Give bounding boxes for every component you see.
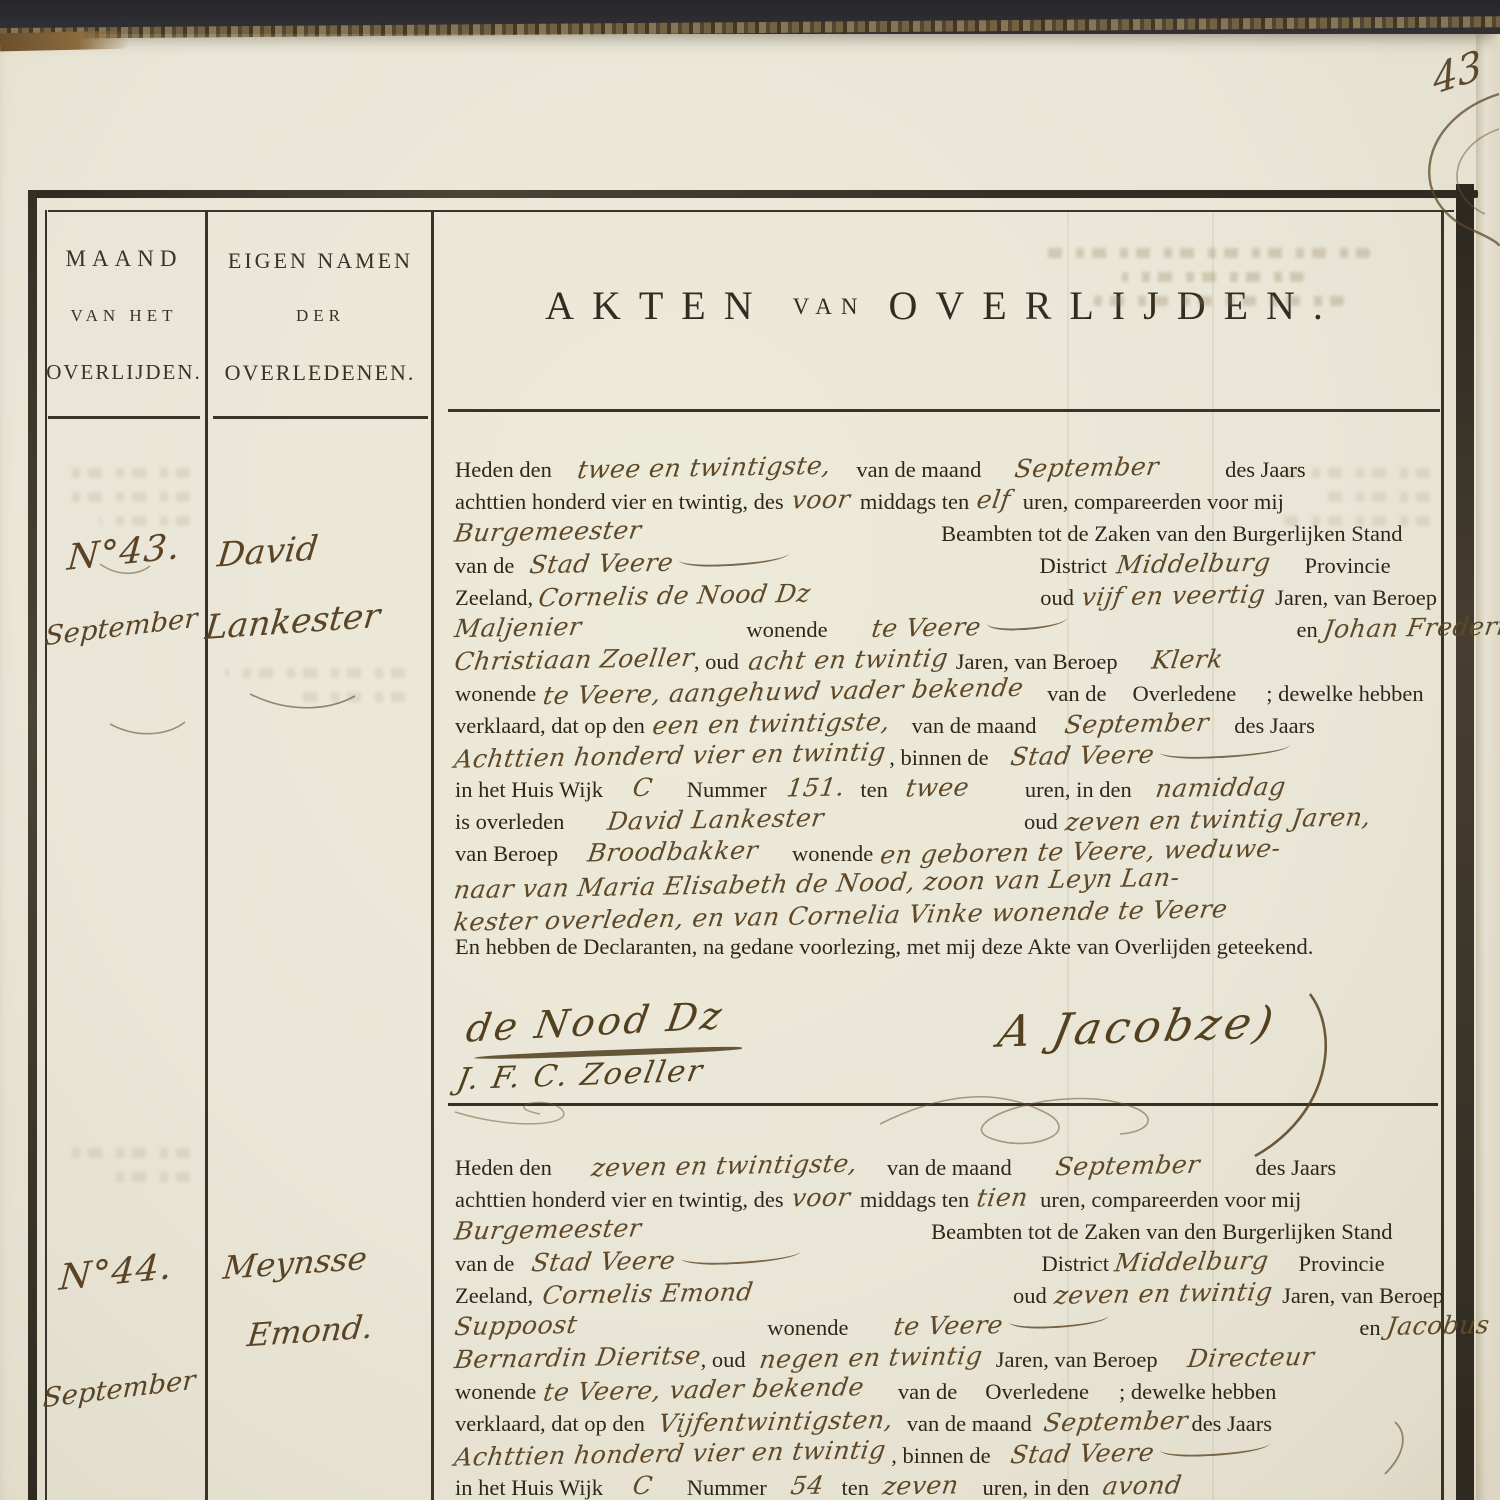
scanned-register-page: 43 MAAND VAN HET OVERLIJDEN. EIGEN NAMEN… <box>0 0 1500 1500</box>
printed-text: En hebben de Declaranten, na gedane voor… <box>455 934 1313 959</box>
column-divider-1 <box>205 210 208 1500</box>
printed-text: wonende <box>455 681 536 706</box>
signature-burgemeester: A Jacobze) <box>994 997 1281 1058</box>
entry-divider <box>448 1103 1438 1106</box>
printed-text: ten <box>842 1475 870 1500</box>
entry-line: kester overleden, en van Cornelia Vinke … <box>455 902 1455 934</box>
handwritten-text: September <box>1054 1150 1202 1182</box>
printed-text: van de <box>455 1251 514 1276</box>
entry-line: van deStad VeereDistrictMiddelburgProvin… <box>455 1248 1455 1280</box>
entry1-month: September <box>44 603 198 652</box>
printed-text: in het Huis Wijk <box>455 777 603 802</box>
entry-line: En hebben de Declaranten, na gedane voor… <box>455 934 1455 966</box>
printed-text: ten <box>860 777 888 802</box>
printed-text: ; dewelke hebben <box>1119 1379 1276 1404</box>
handwritten-text: Middelburg <box>1115 548 1273 580</box>
title-van: VAN <box>775 294 885 319</box>
printed-text: van de maand <box>887 1155 1012 1180</box>
printed-text: Heden den <box>455 457 552 482</box>
handwritten-text: Johan Frederik <box>1321 611 1500 643</box>
handwritten-text: zeven en twintig <box>1052 1277 1274 1310</box>
frame-right-border <box>1456 184 1474 1500</box>
pen-swash <box>1160 744 1290 761</box>
entry2-number: N°44. <box>58 1246 174 1298</box>
printed-text: verklaard, dat op den <box>455 1411 645 1436</box>
entry-line: Achttien honderd vier en twintig, binnen… <box>455 1440 1455 1472</box>
signature-zoeller: J. F. C. Zoeller <box>454 1054 707 1098</box>
printed-text: Overledene <box>1133 681 1237 706</box>
col2-header-line2: DER <box>213 306 428 326</box>
handwritten-text: Burgemeester <box>453 1213 644 1245</box>
handwritten-text: Burgemeester <box>453 515 644 547</box>
handwritten-text: Bernardin Dieritse <box>453 1341 703 1374</box>
printed-text: Jaren, van Beroep <box>956 649 1118 674</box>
handwritten-text: Jacobus <box>1384 1310 1491 1341</box>
printed-text: des Jaars <box>1234 713 1315 738</box>
printed-text: Beambten tot de Zaken van den Burgerlijk… <box>931 1219 1392 1244</box>
printed-text: District <box>1041 1251 1109 1276</box>
handwritten-text: een en twintigste, <box>651 707 892 740</box>
handwritten-text: Suppoost <box>453 1310 580 1341</box>
entry-line: Suppoostwonendete VeereenJacobus <box>455 1312 1455 1344</box>
frame-left-border <box>28 190 37 1500</box>
handwritten-text: acht en twintig <box>747 643 951 675</box>
handwritten-text: negen en twintig <box>757 1341 984 1374</box>
handwritten-text: C <box>631 773 655 802</box>
printed-text: en <box>1297 617 1318 642</box>
printed-text: oud <box>1024 809 1058 834</box>
printed-text: ; dewelke hebben <box>1266 681 1423 706</box>
entry-line: achttien honderd vier en twintig, desvoo… <box>455 486 1455 518</box>
handwritten-text: Maljenier <box>453 612 584 643</box>
printed-text: Zeeland, <box>455 585 533 610</box>
entry-line: Achttien honderd vier en twintig, binnen… <box>455 742 1455 774</box>
handwritten-text: zeven en twintigste, <box>589 1149 859 1183</box>
printed-text: uren, in den <box>1025 777 1132 802</box>
handwritten-text: vijf en veertig <box>1080 579 1268 611</box>
handwritten-text: zeven en twintig Jaren, <box>1063 802 1372 836</box>
frame-top-border <box>30 190 1478 198</box>
printed-text: des Jaars <box>1225 457 1306 482</box>
entry-line: Heden dentwee en twintigste,van de maand… <box>455 454 1455 486</box>
handwritten-text: Stad Veere <box>1008 740 1156 771</box>
handwritten-text: 54 <box>789 1471 826 1500</box>
handwritten-text: elf <box>975 485 1013 515</box>
handwritten-text: voor <box>790 484 852 514</box>
pen-swash <box>986 617 1066 632</box>
handwritten-text: Achttien honderd vier en twintig <box>452 1435 888 1472</box>
entry1-name-first: David <box>215 529 320 576</box>
printed-text: van de <box>898 1379 957 1404</box>
handwritten-text: Cornelis Emond <box>541 1277 756 1310</box>
printed-text: Provincie <box>1304 553 1390 578</box>
printed-text: , binnen de <box>889 745 988 770</box>
entry1-name-last: Lankester <box>203 596 382 648</box>
pen-swash <box>1160 1442 1270 1458</box>
printed-text: Jaren, van Beroep <box>996 1347 1158 1372</box>
printed-text: wonende <box>767 1315 848 1340</box>
entry-line: BurgemeesterBeambten tot de Zaken van de… <box>455 518 1455 550</box>
entry1-body: Heden dentwee en twintigste,van de maand… <box>455 454 1455 966</box>
entry-line: Zeeland,Cornelis de Nood Dzoudvijf en ve… <box>455 582 1455 614</box>
handwritten-text: David Lankester <box>606 803 826 836</box>
printed-text: District <box>1039 553 1107 578</box>
printed-text: van de maand <box>856 457 981 482</box>
entry-line: verklaard, dat op deneen en twintigste,v… <box>455 710 1455 742</box>
handwritten-text: twee en twintigste, <box>575 451 832 484</box>
handwritten-text: Klerk <box>1149 644 1224 674</box>
entry-line: verklaard, dat op denVijfentwintigsten,v… <box>455 1408 1455 1440</box>
handwritten-text: voor <box>790 1182 852 1212</box>
printed-text: Provincie <box>1298 1251 1384 1276</box>
col2-header-line3: OVERLEDENEN. <box>208 360 432 386</box>
printed-text: oud <box>1040 585 1074 610</box>
header-rule-main <box>448 409 1440 412</box>
printed-text: Nummer <box>687 777 767 802</box>
printed-text: wonende <box>746 617 827 642</box>
next-page-edge <box>1476 34 1500 1500</box>
handwritten-text: C <box>631 1471 655 1500</box>
printed-text: van de <box>1047 681 1106 706</box>
entry-line: is overledenDavid Lankesteroudzeven en t… <box>455 806 1455 838</box>
entry-line: van BeroepBroodbakkerwonendeen geboren t… <box>455 838 1455 870</box>
entry2-name-first: Meynsse <box>221 1239 369 1287</box>
printed-text: uren, in den <box>983 1475 1090 1500</box>
col1-header-line3: OVERLIJDEN. <box>40 360 208 385</box>
title-akten: AKTEN <box>545 283 771 328</box>
printed-text: des Jaars <box>1191 1411 1272 1436</box>
entry-line: Zeeland,Cornelis Emondoudzeven en twinti… <box>455 1280 1455 1312</box>
printed-text: uren, compareerden voor mij <box>1040 1187 1301 1212</box>
printed-text: des Jaars <box>1256 1155 1337 1180</box>
bleed-through-text <box>225 654 405 716</box>
col1-header-line2: VAN HET <box>48 306 200 326</box>
printed-text: Jaren, van Beroep <box>1275 585 1437 610</box>
entry2-body: Heden denzeven en twintigste,van de maan… <box>455 1152 1455 1500</box>
header-rule-col1 <box>48 416 200 419</box>
handwritten-text: tien <box>975 1183 1030 1213</box>
printed-text: en <box>1359 1315 1380 1340</box>
entry-line: achttien honderd vier en twintig, desvoo… <box>455 1184 1455 1216</box>
entry2-month: September <box>42 1365 196 1414</box>
entry-line: in het Huis WijkCNummer54tenzevenuren, i… <box>455 1472 1455 1500</box>
handwritten-text: Achttien honderd vier en twintig <box>452 737 888 774</box>
handwritten-text: twee <box>904 772 971 802</box>
frame-left-inner-line <box>45 210 47 1500</box>
entry-line: naar van Maria Elisabeth de Nood, zoon v… <box>455 870 1455 902</box>
handwritten-text: te Veere <box>892 1310 1005 1341</box>
handwritten-text: Stad Veere <box>1008 1438 1156 1469</box>
entry-line: Heden denzeven en twintigste,van de maan… <box>455 1152 1455 1184</box>
handwritten-text: Directeur <box>1185 1342 1316 1373</box>
pen-swash <box>1009 1314 1109 1329</box>
handwritten-text: Middelburg <box>1113 1246 1271 1278</box>
printed-text: Jaren, van Beroep <box>1282 1283 1444 1308</box>
printed-text: in het Huis Wijk <box>455 1475 603 1500</box>
handwritten-text: Vijfentwintigsten, <box>657 1405 896 1438</box>
frame-top-inner-line <box>48 210 1454 212</box>
printed-text: Beambten tot de Zaken van den Burgerlijk… <box>941 521 1402 546</box>
entry2-name-last: Emond. <box>245 1308 374 1355</box>
header-rule-col2 <box>213 416 428 419</box>
handwritten-text: te Veere, vader bekende <box>542 1372 867 1407</box>
pen-swash <box>681 1250 801 1266</box>
printed-text: van de <box>455 553 514 578</box>
handwritten-text: Cornelis de Nood Dz <box>537 579 813 613</box>
handwritten-text: Broodbakker <box>586 836 760 868</box>
printed-text: oud <box>1013 1283 1047 1308</box>
handwritten-text: te Veere, aangehuwd vader bekende <box>542 673 1026 710</box>
entry-line: wonendete Veere, vader bekendevan deOver… <box>455 1376 1455 1408</box>
entry-line: Bernardin Dieritse, oudnegen en twintigJ… <box>455 1344 1455 1376</box>
handwritten-text: zeven <box>881 1470 961 1500</box>
printed-text: verklaard, dat op den <box>455 713 645 738</box>
printed-text: Nummer <box>687 1475 767 1500</box>
printed-text: van Beroep <box>455 841 558 866</box>
printed-text: , oud <box>694 649 739 674</box>
handwritten-text: Stad Veere <box>530 1246 678 1277</box>
handwritten-text: Stad Veere <box>528 548 676 579</box>
printed-text: middags ten <box>860 1187 969 1212</box>
entry-line: Maljenierwonendete VeereenJohan Frederik <box>455 614 1455 646</box>
signature-denood: de Nood Dz <box>463 993 727 1050</box>
printed-text: is overleden <box>455 809 564 834</box>
bleed-through-text <box>1040 234 1370 320</box>
col1-header-line1: MAAND <box>48 246 200 272</box>
handwritten-text: September <box>1013 452 1161 484</box>
printed-text: achttien honderd vier en twintig, des <box>455 489 784 514</box>
pen-swash <box>679 552 789 568</box>
entry-line: wonendete Veere, aangehuwd vader bekende… <box>455 678 1455 710</box>
handwritten-text: namiddag <box>1154 772 1288 803</box>
handwritten-text: Christiaan Zoeller <box>453 643 697 676</box>
entry-line: BurgemeesterBeambten tot de Zaken van de… <box>455 1216 1455 1248</box>
printed-text: , oud <box>701 1347 746 1372</box>
printed-text: van de maand <box>912 713 1037 738</box>
printed-text: , binnen de <box>891 1443 990 1468</box>
printed-text: Heden den <box>455 1155 552 1180</box>
handwritten-text: September <box>1041 1406 1189 1438</box>
entry-line: in het Huis WijkCNummer151.tentweeuren, … <box>455 774 1455 806</box>
printed-text: Overledene <box>985 1379 1089 1404</box>
handwritten-text: te Veere <box>869 612 982 643</box>
bleed-through-text <box>60 1134 190 1196</box>
printed-text: van de maand <box>907 1411 1032 1436</box>
printed-text: wonende <box>792 841 873 866</box>
paper-sheet: 43 MAAND VAN HET OVERLIJDEN. EIGEN NAMEN… <box>0 34 1500 1500</box>
handwritten-text: avond <box>1101 1470 1184 1500</box>
column-divider-2 <box>431 210 434 1500</box>
printed-text: middags ten <box>860 489 969 514</box>
entry-line: van deStad VeereDistrictMiddelburgProvin… <box>455 550 1455 582</box>
binding-edge <box>0 31 130 52</box>
printed-text: wonende <box>455 1379 536 1404</box>
handwritten-text: 151. <box>785 772 847 802</box>
printed-text: uren, compareerden voor mij <box>1023 489 1284 514</box>
handwritten-text: September <box>1062 708 1210 740</box>
col2-header-line1: EIGEN NAMEN <box>213 248 428 274</box>
printed-text: Zeeland, <box>455 1283 533 1308</box>
printed-text: achttien honderd vier en twintig, des <box>455 1187 784 1212</box>
